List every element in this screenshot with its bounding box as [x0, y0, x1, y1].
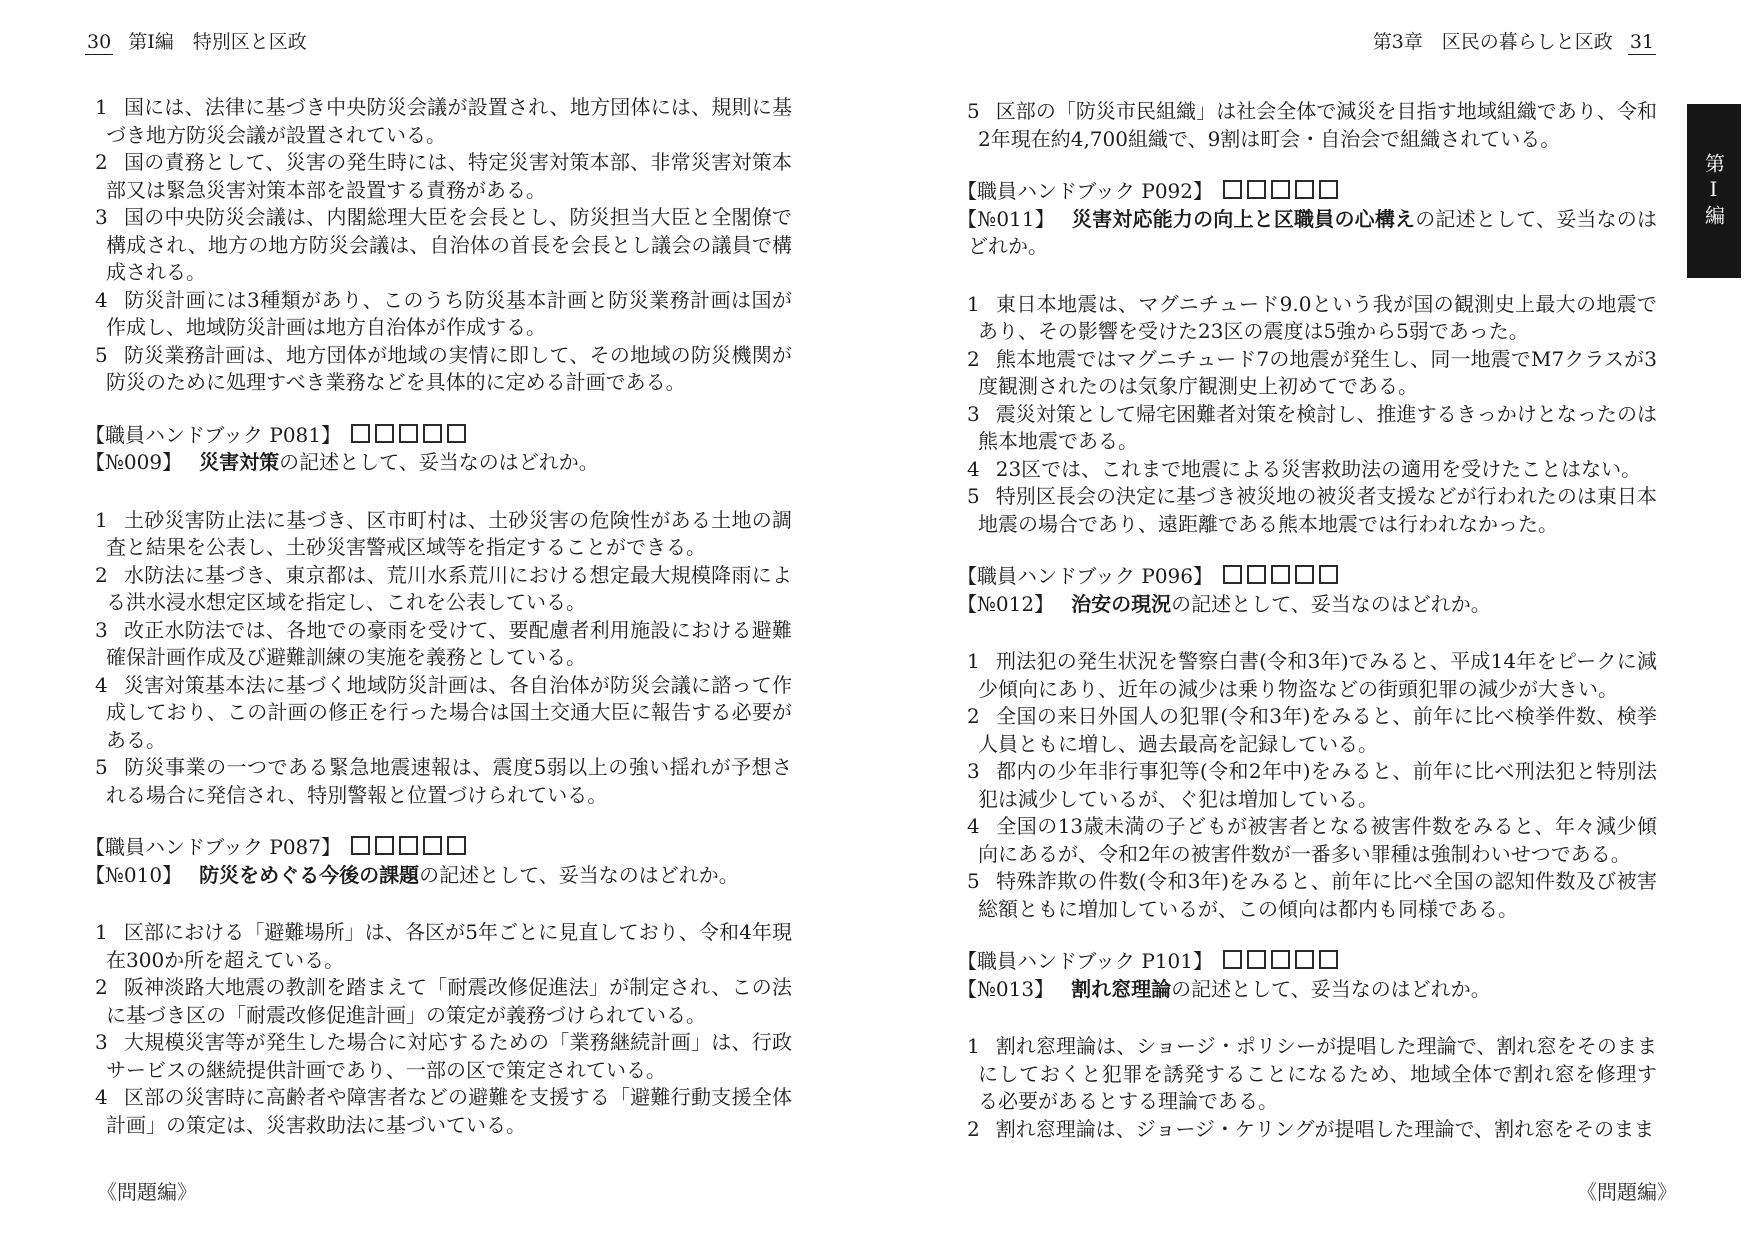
option-number: 4 [95, 1085, 108, 1109]
option-item: 4全国の13歳未満の子どもが被害者となる被害件数をみると、年々減少傾向にあるが、… [957, 813, 1657, 868]
checkbox-square-icon [375, 836, 394, 855]
handbook-reference: 【職員ハンドブック P092】 [957, 179, 1213, 203]
option-number: 3 [95, 1030, 108, 1054]
edition-tab-label: 第Ⅰ編 [1700, 153, 1729, 229]
option-item: 5特殊詐欺の件数(令和3年)をみると、前年に比べ全国の認知件数及び被害総額ともに… [957, 868, 1657, 923]
option-text: 防災事業の一つである緊急地震速報は、震度5弱以上の強い揺れが予想される場合に発信… [106, 755, 792, 807]
question-line: 【№011】災害対応能力の向上と区職員の心構えの記述として、妥当なのはどれか。 [957, 206, 1657, 261]
checkbox-square-icon [447, 424, 466, 443]
checkbox-square-icon [351, 836, 370, 855]
option-text: 防災計画には3種類があり、このうち防災基本計画と防災業務計画は国が作成し、地域防… [106, 288, 792, 340]
right-page-body: 5区部の「防災市民組織」は社会全体で減災を目指す地域組織であり、令和2年現在約4… [957, 98, 1657, 1168]
difficulty-checkboxes [351, 835, 471, 859]
checkbox-square-icon [375, 424, 394, 443]
option-number: 1 [967, 649, 980, 673]
handbook-reference: 【職員ハンドブック P087】 [85, 835, 341, 859]
question-topic: 割れ窓理論 [1071, 977, 1171, 1001]
option-number: 4 [95, 673, 108, 697]
option-item: 2国の責務として、災害の発生時には、特定災害対策本部、非常災害対策本部又は緊急災… [85, 149, 792, 204]
option-item: 423区では、これまで地震による災害救助法の適用を受けたことはない。 [957, 456, 1657, 484]
checkbox-square-icon [1319, 565, 1338, 584]
option-number: 2 [95, 975, 108, 999]
option-number: 5 [967, 869, 980, 893]
edition-edge-tab: 第Ⅰ編 [1687, 104, 1741, 278]
option-number: 2 [967, 704, 980, 728]
option-number: 3 [95, 205, 108, 229]
question-line: 【№013】割れ窓理論の記述として、妥当なのはどれか。 [957, 976, 1657, 1004]
checkbox-square-icon [423, 424, 442, 443]
option-item: 2割れ窓理論は、ジョージ・ケリングが提唱した理論で、割れ窓をそのまま [957, 1116, 1657, 1144]
option-number: 2 [95, 563, 108, 587]
checkbox-square-icon [1271, 180, 1290, 199]
checkbox-square-icon [1295, 565, 1314, 584]
option-item: 3大規模災害等が発生した場合に対応するための「業務継続計画」は、行政サービスの継… [85, 1029, 792, 1084]
question-header: 【職員ハンドブック P092】【№011】災害対応能力の向上と区職員の心構えの記… [957, 178, 1657, 261]
option-text: 割れ窓理論は、ジョージ・ケリングが提唱した理論で、割れ窓をそのまま [996, 1117, 1654, 1141]
checkbox-square-icon [399, 836, 418, 855]
option-item: 2水防法に基づき、東京都は、荒川水系荒川における想定最大規模降雨による洪水浸水想… [85, 562, 792, 617]
option-number: 3 [967, 759, 980, 783]
checkbox-square-icon [1223, 565, 1242, 584]
option-number: 1 [95, 508, 108, 532]
option-number: 2 [967, 1117, 980, 1141]
option-item: 5区部の「防災市民組織」は社会全体で減災を目指す地域組織であり、令和2年現在約4… [957, 98, 1657, 153]
option-item: 1割れ窓理論は、ショージ・ポリシーが提唱した理論で、割れ窓をそのままにしておくと… [957, 1033, 1657, 1116]
option-text: 国には、法律に基づき中央防災会議が設置され、地方団体には、規則に基づき地方防災会… [106, 95, 792, 147]
checkbox-square-icon [1319, 950, 1338, 969]
option-text: 特別区長会の決定に基づき被災地の被災者支援などが行われたのは東日本地震の場合であ… [978, 484, 1657, 536]
option-number: 4 [95, 288, 108, 312]
left-header-title: 第Ⅰ編 特別区と区政 [128, 31, 307, 53]
question-text: の記述として、妥当なのはどれか。 [279, 450, 599, 474]
checkbox-square-icon [447, 836, 466, 855]
question-number: 【№013】 [957, 977, 1054, 1001]
option-text: 区部の「防災市民組織」は社会全体で減災を目指す地域組織であり、令和2年現在約4,… [978, 99, 1657, 151]
option-item: 5防災事業の一つである緊急地震速報は、震度5弱以上の強い揺れが予想される場合に発… [85, 754, 792, 809]
option-text: 全国の13歳未満の子どもが被害者となる被害件数をみると、年々減少傾向にあるが、令… [978, 814, 1657, 866]
option-text: 改正水防法では、各地での豪雨を受けて、要配慮者利用施設における避難確保計画作成及… [106, 618, 792, 670]
question-text: の記述として、妥当なのはどれか。 [1171, 592, 1491, 616]
options-list: 1刑法犯の発生状況を警察白書(令和3年)でみると、平成14年をピークに減少傾向に… [957, 648, 1657, 923]
checkbox-square-icon [1295, 950, 1314, 969]
option-item: 4区部の災害時に高齢者や障害者などの避難を支援する「避難行動支援全体計画」の策定… [85, 1084, 792, 1139]
option-item: 3都内の少年非行事犯等(令和2年中)をみると、前年に比べ刑法犯と特別法犯は減少し… [957, 758, 1657, 813]
book-spread: 30第Ⅰ編 特別区と区政 第3章 区民の暮らしと区政31 1国には、法律に基づき… [0, 0, 1749, 1241]
option-item: 3改正水防法では、各地での豪雨を受けて、要配慮者利用施設における避難確保計画作成… [85, 617, 792, 672]
option-text: 阪神淡路大地震の教訓を踏まえて「耐震改修促進法」が制定され、この法に基づき区の「… [106, 975, 792, 1027]
option-number: 5 [967, 99, 980, 123]
option-item: 4災害対策基本法に基づく地域防災計画は、各自治体が防災会議に諮って作成しており、… [85, 672, 792, 755]
option-item: 3震災対策として帰宅困難者対策を検討し、推進するきっかけとなったのは熊本地震であ… [957, 401, 1657, 456]
left-page-number: 30 [85, 31, 113, 55]
option-text: 熊本地震ではマグニチュード7の地震が発生し、同一地震でM7クラスが3度観測された… [978, 347, 1657, 399]
difficulty-checkboxes [351, 423, 471, 447]
options-list: 1国には、法律に基づき中央防災会議が設置され、地方団体には、規則に基づき地方防災… [85, 94, 792, 397]
checkbox-square-icon [423, 836, 442, 855]
option-text: 国の中央防災会議は、内閣総理大臣を会長とし、防災担当大臣と全閣僚で構成され、地方… [106, 205, 792, 284]
option-text: 割れ窓理論は、ショージ・ポリシーが提唱した理論で、割れ窓をそのままにしておくと犯… [978, 1034, 1657, 1113]
handbook-reference-line: 【職員ハンドブック P092】 [957, 178, 1657, 206]
options-list: 1割れ窓理論は、ショージ・ポリシーが提唱した理論で、割れ窓をそのままにしておくと… [957, 1033, 1657, 1143]
option-text: 区部における「避難場所」は、各区が5年ごとに見直しており、令和4年現在300か所… [106, 920, 792, 972]
question-line: 【№010】防災をめぐる今後の課題の記述として、妥当なのはどれか。 [85, 862, 792, 890]
question-text: の記述として、妥当なのはどれか。 [419, 863, 739, 887]
options-list: 1区部における「避難場所」は、各区が5年ごとに見直しており、令和4年現在300か… [85, 919, 792, 1139]
left-page-body: 1国には、法律に基づき中央防災会議が設置され、地方団体には、規則に基づき地方防災… [85, 94, 792, 1164]
question-text: の記述として、妥当なのはどれか。 [1171, 977, 1491, 1001]
question-number: 【№011】 [957, 207, 1055, 231]
checkbox-square-icon [1271, 565, 1290, 584]
difficulty-checkboxes [1223, 949, 1343, 973]
option-number: 2 [95, 150, 108, 174]
question-header: 【職員ハンドブック P081】【№009】災害対策の記述として、妥当なのはどれか… [85, 422, 792, 477]
question-line: 【№009】災害対策の記述として、妥当なのはどれか。 [85, 449, 792, 477]
question-header: 【職員ハンドブック P101】【№013】割れ窓理論の記述として、妥当なのはどれ… [957, 948, 1657, 1003]
handbook-reference-line: 【職員ハンドブック P081】 [85, 422, 792, 450]
question-number: 【№010】 [85, 863, 182, 887]
option-text: 都内の少年非行事犯等(令和2年中)をみると、前年に比べ刑法犯と特別法犯は減少して… [978, 759, 1657, 811]
left-page-header: 30第Ⅰ編 特別区と区政 [85, 30, 307, 54]
checkbox-square-icon [1247, 565, 1266, 584]
option-text: 国の責務として、災害の発生時には、特定災害対策本部、非常災害対策本部又は緊急災害… [106, 150, 792, 202]
options-list: 1東日本地震は、マグニチュード9.0という我が国の観測史上最大の地震であり、その… [957, 291, 1657, 539]
checkbox-square-icon [1295, 180, 1314, 199]
question-header: 【職員ハンドブック P087】【№010】防災をめぐる今後の課題の記述として、妥… [85, 834, 792, 889]
option-number: 1 [967, 1034, 980, 1058]
option-text: 東日本地震は、マグニチュード9.0という我が国の観測史上最大の地震であり、その影… [978, 292, 1657, 344]
option-text: 大規模災害等が発生した場合に対応するための「業務継続計画」は、行政サービスの継続… [106, 1030, 792, 1082]
handbook-reference: 【職員ハンドブック P081】 [85, 423, 341, 447]
handbook-reference: 【職員ハンドブック P101】 [957, 949, 1213, 973]
checkbox-square-icon [1223, 180, 1242, 199]
option-item: 3国の中央防災会議は、内閣総理大臣を会長とし、防災担当大臣と全閣僚で構成され、地… [85, 204, 792, 287]
option-number: 5 [95, 343, 108, 367]
question-line: 【№012】治安の現況の記述として、妥当なのはどれか。 [957, 591, 1657, 619]
option-number: 5 [95, 755, 108, 779]
option-number: 3 [967, 402, 980, 426]
right-header-title: 第3章 区民の暮らしと区政 [1373, 31, 1613, 53]
option-number: 4 [967, 814, 980, 838]
question-topic: 災害対応能力の向上と区職員の心構え [1072, 207, 1415, 231]
option-text: 水防法に基づき、東京都は、荒川水系荒川における想定最大規模降雨による洪水浸水想定… [106, 563, 792, 615]
options-list: 1土砂災害防止法に基づき、区市町村は、土砂災害の危険性がある土地の調査と結果を公… [85, 507, 792, 810]
option-item: 1刑法犯の発生状況を警察白書(令和3年)でみると、平成14年をピークに減少傾向に… [957, 648, 1657, 703]
option-number: 5 [967, 484, 980, 508]
option-item: 5防災業務計画は、地方団体が地域の実情に即して、その地域の防災機関が防災のために… [85, 342, 792, 397]
option-item: 2熊本地震ではマグニチュード7の地震が発生し、同一地震でM7クラスが3度観測され… [957, 346, 1657, 401]
question-header: 【職員ハンドブック P096】【№012】治安の現況の記述として、妥当なのはどれ… [957, 563, 1657, 618]
difficulty-checkboxes [1223, 179, 1343, 203]
option-text: 区部の災害時に高齢者や障害者などの避難を支援する「避難行動支援全体計画」の策定は… [106, 1085, 792, 1137]
option-text: 震災対策として帰宅困難者対策を検討し、推進するきっかけとなったのは熊本地震である… [978, 402, 1657, 454]
right-page-header: 第3章 区民の暮らしと区政31 [1373, 30, 1656, 54]
left-page-footer: 《問題編》 [97, 1176, 197, 1205]
option-number: 1 [95, 920, 108, 944]
option-text: 刑法犯の発生状況を警察白書(令和3年)でみると、平成14年をピークに減少傾向にあ… [978, 649, 1657, 701]
handbook-reference-line: 【職員ハンドブック P096】 [957, 563, 1657, 591]
option-text: 防災業務計画は、地方団体が地域の実情に即して、その地域の防災機関が防災のために処… [106, 343, 792, 395]
checkbox-square-icon [1319, 180, 1338, 199]
option-number: 4 [967, 457, 980, 481]
option-item: 5特別区長会の決定に基づき被災地の被災者支援などが行われたのは東日本地震の場合で… [957, 483, 1657, 538]
handbook-reference: 【職員ハンドブック P096】 [957, 564, 1213, 588]
checkbox-square-icon [1223, 950, 1242, 969]
option-number: 1 [967, 292, 980, 316]
question-topic: 防災をめぐる今後の課題 [199, 863, 419, 887]
option-text: 全国の来日外国人の犯罪(令和3年)をみると、前年に比べ検挙件数、検挙人員ともに増… [978, 704, 1657, 756]
handbook-reference-line: 【職員ハンドブック P101】 [957, 948, 1657, 976]
option-item: 2阪神淡路大地震の教訓を踏まえて「耐震改修促進法」が制定され、この法に基づき区の… [85, 974, 792, 1029]
option-number: 3 [95, 618, 108, 642]
option-text: 土砂災害防止法に基づき、区市町村は、土砂災害の危険性がある土地の調査と結果を公表… [106, 508, 792, 560]
option-item: 1土砂災害防止法に基づき、区市町村は、土砂災害の危険性がある土地の調査と結果を公… [85, 507, 792, 562]
option-item: 1国には、法律に基づき中央防災会議が設置され、地方団体には、規則に基づき地方防災… [85, 94, 792, 149]
option-number: 1 [95, 95, 108, 119]
option-item: 1区部における「避難場所」は、各区が5年ごとに見直しており、令和4年現在300か… [85, 919, 792, 974]
options-list: 5区部の「防災市民組織」は社会全体で減災を目指す地域組織であり、令和2年現在約4… [957, 98, 1657, 153]
handbook-reference-line: 【職員ハンドブック P087】 [85, 834, 792, 862]
checkbox-square-icon [1271, 950, 1290, 969]
option-item: 4防災計画には3種類があり、このうち防災基本計画と防災業務計画は国が作成し、地域… [85, 287, 792, 342]
question-topic: 災害対策 [199, 450, 279, 474]
option-text: 特殊詐欺の件数(令和3年)をみると、前年に比べ全国の認知件数及び被害総額ともに増… [978, 869, 1657, 921]
question-number: 【№012】 [957, 592, 1054, 616]
difficulty-checkboxes [1223, 564, 1343, 588]
checkbox-square-icon [351, 424, 370, 443]
checkbox-square-icon [1247, 950, 1266, 969]
right-page-footer: 《問題編》 [1577, 1176, 1677, 1205]
question-topic: 治安の現況 [1071, 592, 1171, 616]
option-text: 災害対策基本法に基づく地域防災計画は、各自治体が防災会議に諮って作成しており、こ… [106, 673, 792, 752]
option-number: 2 [967, 347, 980, 371]
option-text: 23区では、これまで地震による災害救助法の適用を受けたことはない。 [996, 457, 1641, 481]
option-item: 2全国の来日外国人の犯罪(令和3年)をみると、前年に比べ検挙件数、検挙人員ともに… [957, 703, 1657, 758]
right-page-number: 31 [1628, 31, 1656, 55]
checkbox-square-icon [1247, 180, 1266, 199]
checkbox-square-icon [399, 424, 418, 443]
question-number: 【№009】 [85, 450, 182, 474]
option-item: 1東日本地震は、マグニチュード9.0という我が国の観測史上最大の地震であり、その… [957, 291, 1657, 346]
